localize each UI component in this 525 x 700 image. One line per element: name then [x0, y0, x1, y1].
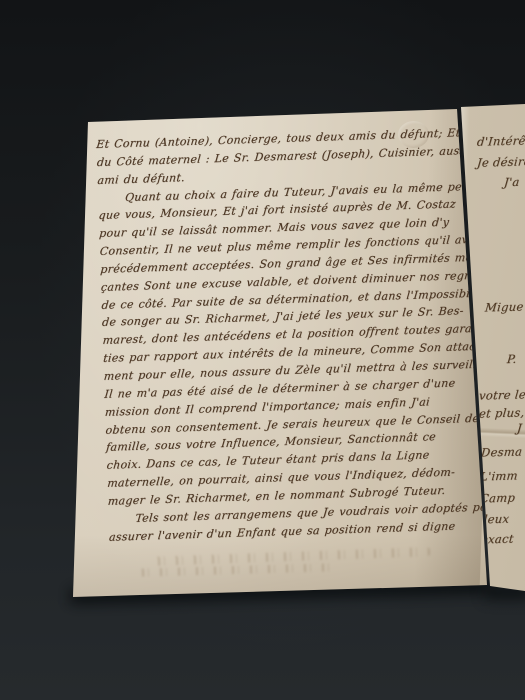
- letter-line-fragment: P.: [506, 352, 517, 367]
- letter-line-fragment: votre le: [478, 387, 525, 403]
- letter-line-fragment: Desma: [480, 444, 523, 460]
- photograph-of-letter: Et Cornu (Antoine), Concierge, tous deux…: [0, 0, 525, 700]
- letter-line-fragment: et plus,: [478, 405, 525, 421]
- letter-line-fragment: L'imm: [479, 468, 518, 484]
- letter-line-fragment: Camp: [479, 490, 516, 506]
- letter-line-fragment: exact: [480, 532, 514, 548]
- letter-line-fragment: J: [516, 421, 522, 436]
- letter-line-fragment: J'a: [503, 175, 520, 190]
- letter-line-fragment: Je désire: [476, 154, 525, 171]
- letter-line-fragment: Migue: [484, 299, 524, 315]
- letter-line-fragment: deux: [479, 512, 510, 528]
- letter-body: Et Cornu (Antoine), Concierge, tous deux…: [96, 123, 504, 546]
- letter-line-fragment: d'Intérêt: [476, 133, 525, 150]
